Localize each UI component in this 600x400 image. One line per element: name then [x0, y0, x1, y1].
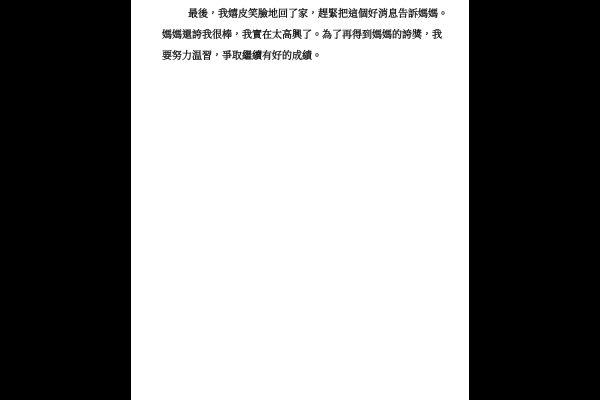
paragraph-line-1: 最後，我嬉皮笑臉地回了家，趕緊把這個好消息告訴媽媽。 [162, 4, 438, 25]
letterbox-left [0, 0, 131, 400]
letterbox-right [469, 0, 600, 400]
screenshot-stage: 最後，我嬉皮笑臉地回了家，趕緊把這個好消息告訴媽媽。 媽媽還誇我很棒，我實在太高… [0, 0, 600, 400]
paragraph-block: 最後，我嬉皮笑臉地回了家，趕緊把這個好消息告訴媽媽。 媽媽還誇我很棒，我實在太高… [131, 0, 469, 67]
document-page: 最後，我嬉皮笑臉地回了家，趕緊把這個好消息告訴媽媽。 媽媽還誇我很棒，我實在太高… [131, 0, 469, 400]
paragraph-line-2: 媽媽還誇我很棒，我實在太高興了。為了再得到媽媽的誇獎，我 [162, 25, 438, 46]
paragraph-line-3: 要努力温習，爭取繼續有好的成績。 [162, 46, 438, 67]
